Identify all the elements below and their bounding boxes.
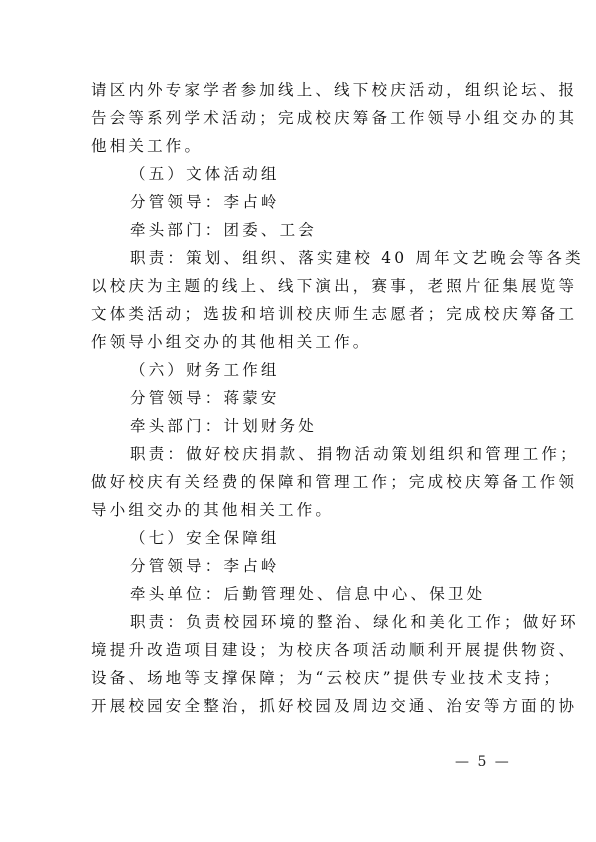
section-department: 牵头部门：团委、工会 [91, 216, 507, 244]
section-department: 牵头部门：计划财务处 [91, 412, 507, 440]
document-page: 请区内外专家学者参加线上、线下校庆活动，组织论坛、报 告会等系列学术活动；完成校… [0, 0, 596, 842]
body-line: 作领导小组交办的其他相关工作。 [91, 328, 507, 356]
body-line: 告会等系列学术活动；完成校庆筹备工作领导小组交办的其 [91, 104, 507, 132]
section-department: 牵头单位：后勤管理处、信息中心、保卫处 [91, 580, 507, 608]
section-heading-wenti: （五）文体活动组 [91, 160, 507, 188]
body-line: 设备、场地等支撑保障；为“云校庆”提供专业技术支持； [91, 664, 507, 692]
section-duties: 职责：做好校庆捐款、捐物活动策划组织和管理工作； [91, 440, 507, 468]
page-number: — 5 — [455, 752, 511, 772]
document-body: 请区内外专家学者参加线上、线下校庆活动，组织论坛、报 告会等系列学术活动；完成校… [91, 76, 507, 720]
section-heading-anquan: （七）安全保障组 [91, 524, 507, 552]
body-line: 以校庆为主题的线上、线下演出，赛事，老照片征集展览等 [91, 272, 507, 300]
body-line: 请区内外专家学者参加线上、线下校庆活动，组织论坛、报 [91, 76, 507, 104]
body-line: 文体类活动；选拔和培训校庆师生志愿者；完成校庆筹备工 [91, 300, 507, 328]
section-duties: 职责：策划、组织、落实建校 40 周年文艺晚会等各类 [91, 244, 507, 272]
body-line: 他相关工作。 [91, 132, 507, 160]
section-leader: 分管领导：李占岭 [91, 188, 507, 216]
body-line: 做好校庆有关经费的保障和管理工作；完成校庆筹备工作领 [91, 468, 507, 496]
section-heading-caiwu: （六）财务工作组 [91, 356, 507, 384]
body-line: 开展校园安全整治，抓好校园及周边交通、治安等方面的协 [91, 692, 507, 720]
section-leader: 分管领导：蒋蒙安 [91, 384, 507, 412]
body-line: 境提升改造项目建设；为校庆各项活动顺利开展提供物资、 [91, 636, 507, 664]
body-line: 导小组交办的其他相关工作。 [91, 496, 507, 524]
section-leader: 分管领导：李占岭 [91, 552, 507, 580]
section-duties: 职责：负责校园环境的整治、绿化和美化工作；做好环 [91, 608, 507, 636]
